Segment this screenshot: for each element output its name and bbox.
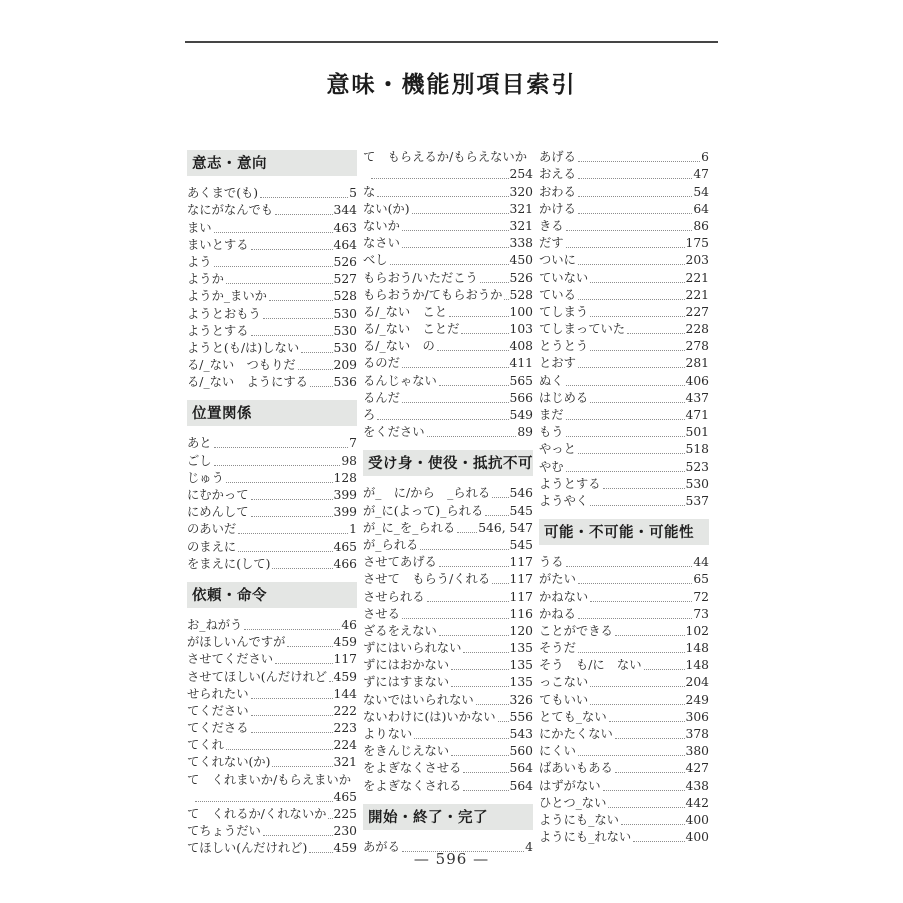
- dot-leader: [238, 551, 332, 552]
- dot-leader: [275, 214, 332, 215]
- entry-page-number: 537: [686, 494, 709, 509]
- entry-page-number: 117: [510, 590, 533, 605]
- entry-term: ざるをえない: [363, 624, 437, 639]
- entry-term: もらおう/いただこう: [363, 271, 478, 286]
- dot-leader: [476, 704, 509, 705]
- entry-term: てしまう: [539, 305, 588, 320]
- dot-leader: [578, 755, 685, 756]
- entry-term: が_に(よって)_られる: [363, 504, 483, 519]
- entry-page-number: 321: [510, 202, 533, 217]
- entry-term: ばあいもある: [539, 761, 613, 776]
- entry-term: とうとう: [539, 339, 588, 354]
- index-entry: ずにはすまない135: [363, 673, 533, 690]
- entry-page-number: 209: [334, 358, 357, 373]
- dot-leader: [461, 333, 508, 334]
- index-entry: のあいだ1: [187, 520, 357, 537]
- entry-page-number: 545: [510, 504, 533, 519]
- section-header: 依頼・命令: [187, 582, 357, 608]
- index-entry: ないわけに(は)いかない556: [363, 708, 533, 725]
- entry-term: だす: [539, 236, 564, 251]
- entry-term: るのだ: [363, 356, 400, 371]
- dot-leader: [578, 213, 692, 214]
- entry-term: てください: [187, 704, 249, 719]
- entry-term: あと: [187, 436, 212, 451]
- entry-page-number: 464: [334, 238, 357, 253]
- index-entry: ついに203: [539, 251, 709, 268]
- index-entry: ようと(も/は)しない530: [187, 339, 357, 356]
- entry-page-number: 7: [349, 436, 357, 451]
- index-entry: とうとう278: [539, 337, 709, 354]
- entry-term: なさい: [363, 236, 400, 251]
- entry-page-number: 459: [334, 635, 357, 650]
- entry-page-number: 64: [693, 202, 709, 217]
- entry-term: ずにはいられない: [363, 641, 461, 656]
- entry-term: な: [363, 185, 375, 200]
- entry-page-number: 306: [686, 710, 709, 725]
- entry-term: よりない: [363, 727, 412, 742]
- entry-term: てくれ: [187, 738, 224, 753]
- entry-page-number: 530: [334, 341, 357, 356]
- entry-term: がほしいんですが: [187, 635, 285, 650]
- index-entry: よりない543: [363, 725, 533, 742]
- entry-page-number: 321: [510, 219, 533, 234]
- entry-page-number: 102: [686, 624, 709, 639]
- dot-leader: [251, 335, 333, 336]
- dot-leader: [226, 283, 333, 284]
- index-entry: きる86: [539, 217, 709, 234]
- dot-leader: [260, 197, 348, 198]
- dot-leader: [566, 385, 685, 386]
- entry-page-number: 135: [510, 658, 533, 673]
- entry-page-number: 135: [510, 675, 533, 690]
- entry-term: あげる: [539, 150, 576, 165]
- dot-leader: [287, 646, 332, 647]
- dot-leader: [238, 533, 348, 534]
- entry-term: させてほしい(んだけれど): [187, 670, 327, 685]
- index-entry: させて もらう/くれる117: [363, 570, 533, 587]
- index-entry: るんだ566: [363, 389, 533, 406]
- dot-leader: [480, 282, 509, 283]
- entry-page-number: 437: [686, 391, 709, 406]
- page-title: 意味・機能別項目索引: [185, 66, 718, 99]
- section-header: 可能・不可能・可能性: [539, 519, 709, 545]
- entry-page-number: 148: [686, 658, 709, 673]
- entry-page-number: 406: [686, 374, 709, 389]
- index-entry: をよぎなくされる564: [363, 776, 533, 793]
- entry-term: かねる: [539, 607, 576, 622]
- entry-page-number: 254: [510, 167, 533, 182]
- index-entry: べし450: [363, 251, 533, 268]
- entry-page-number: 1: [349, 522, 357, 537]
- dot-leader: [492, 497, 508, 498]
- entry-page-number: 380: [686, 744, 709, 759]
- dot-leader: [328, 818, 332, 819]
- index-entry: ばあいもある427: [539, 759, 709, 776]
- entry-term: べし: [363, 253, 388, 268]
- dot-leader: [427, 601, 509, 602]
- index-entry: かねる73: [539, 605, 709, 622]
- entry-term: にむかって: [187, 488, 249, 503]
- dot-leader: [615, 635, 685, 636]
- entry-page-number: 526: [334, 255, 357, 270]
- entry-page-number: 560: [510, 744, 533, 759]
- index-entry: ようとおもう530: [187, 304, 357, 321]
- entry-term: させてください: [187, 652, 273, 667]
- dot-leader: [214, 465, 341, 466]
- index-entry: てもいい249: [539, 690, 709, 707]
- index-entry: あげる6: [539, 148, 709, 165]
- dot-leader: [214, 266, 333, 267]
- entry-page-number: 530: [334, 324, 357, 339]
- dot-leader: [608, 807, 684, 808]
- index-entry: ようとする530: [187, 322, 357, 339]
- dot-leader: [498, 721, 509, 722]
- entry-term: まいとする: [187, 238, 249, 253]
- entry-page-number: 128: [334, 471, 357, 486]
- section-header: 位置関係: [187, 400, 357, 426]
- entry-page-number: 72: [693, 590, 709, 605]
- entry-term: お_ねがう: [187, 618, 242, 633]
- entry-term: もう: [539, 425, 564, 440]
- dot-leader: [251, 516, 333, 517]
- entry-term: てしまっていた: [539, 322, 625, 337]
- entry-term: とても_ない: [539, 710, 607, 725]
- entry-term: とおす: [539, 356, 576, 371]
- index-entry: てくれ224: [187, 736, 357, 753]
- entry-term: ている: [539, 288, 576, 303]
- dot-leader: [603, 488, 685, 489]
- index-entry: ひとつ_ない442: [539, 794, 709, 811]
- entry-page-number: 546, 547: [478, 521, 533, 536]
- index-column-2: て もらえるか/もらえないか254な320ない(か)321ないか321なさい33…: [363, 148, 533, 856]
- dot-leader: [627, 333, 684, 334]
- entry-page-number: 117: [510, 555, 533, 570]
- entry-page-number: 543: [510, 727, 533, 742]
- index-entry: な320: [363, 182, 533, 199]
- dot-leader: [251, 715, 333, 716]
- index-entry-continuation: 465: [187, 788, 357, 805]
- entry-page-number: 228: [686, 322, 709, 337]
- entry-page-number: 549: [510, 408, 533, 423]
- entry-page-number: 344: [334, 203, 357, 218]
- entry-term: ようか: [187, 272, 224, 287]
- entry-term: が_ に/から _られる: [363, 486, 490, 501]
- index-entry: させてあげる117: [363, 553, 533, 570]
- entry-page-number: 566: [510, 391, 533, 406]
- dot-leader: [251, 499, 333, 500]
- entry-term: てちょうだい: [187, 824, 261, 839]
- entry-term: はじめる: [539, 391, 588, 406]
- top-rule: [185, 41, 718, 43]
- entry-term: きる: [539, 219, 564, 234]
- dot-leader: [615, 738, 685, 739]
- index-entry: させられる117: [363, 587, 533, 604]
- index-entry: ようとする530: [539, 475, 709, 492]
- entry-term: ようやく: [539, 494, 588, 509]
- index-entry: やむ523: [539, 457, 709, 474]
- index-entry: まだ471: [539, 406, 709, 423]
- entry-page-number: 564: [510, 779, 533, 794]
- entry-term: まだ: [539, 408, 564, 423]
- dot-leader: [590, 704, 684, 705]
- entry-term: ごし: [187, 454, 212, 469]
- entry-page-number: 545: [510, 538, 533, 553]
- entry-term: て くれるか/くれないか: [187, 807, 326, 822]
- index-entry: のまえに465: [187, 537, 357, 554]
- dot-leader: [590, 316, 684, 317]
- entry-term: るんじゃない: [363, 374, 437, 389]
- entry-term: おえる: [539, 167, 576, 182]
- entry-term: させてあげる: [363, 555, 437, 570]
- entry-term: もらおうか/てもらおうか: [363, 288, 502, 303]
- index-entry: させてほしい(んだけれど)459: [187, 667, 357, 684]
- entry-page-number: 338: [510, 236, 533, 251]
- entry-term: るんだ: [363, 391, 400, 406]
- entry-page-number: 222: [334, 704, 357, 719]
- dot-leader: [414, 738, 508, 739]
- dot-leader: [226, 482, 333, 483]
- dot-leader: [402, 618, 509, 619]
- dot-leader: [578, 161, 700, 162]
- dot-leader: [377, 419, 508, 420]
- index-entry: よう526: [187, 253, 357, 270]
- dot-leader: [390, 264, 509, 265]
- dot-leader: [251, 249, 333, 250]
- entry-term: にくい: [539, 744, 576, 759]
- entry-page-number: 536: [334, 375, 357, 390]
- entry-term: ないわけに(は)いかない: [363, 710, 496, 725]
- entry-page-number: 116: [510, 607, 533, 622]
- entry-term: て くれまいか/もらえまいか: [187, 773, 351, 788]
- index-entry: おわる54: [539, 182, 709, 199]
- index-column-3: あげる6おえる47おわる54かける64きる86だす175ついに203ていない22…: [539, 148, 709, 856]
- entry-page-number: 278: [686, 339, 709, 354]
- dot-leader: [449, 316, 508, 317]
- dot-leader: [633, 841, 684, 842]
- index-entry: はじめる437: [539, 389, 709, 406]
- entry-page-number: 465: [334, 790, 357, 805]
- index-columns: 意志・意向あくまで(も)5なにがなんでも344まい463まいとする464よう52…: [187, 148, 709, 856]
- index-entry: まい463: [187, 218, 357, 235]
- dot-leader: [603, 790, 685, 791]
- entry-page-number: 227: [686, 305, 709, 320]
- entry-page-number: 463: [334, 221, 357, 236]
- index-entry: ずにはおかない135: [363, 656, 533, 673]
- dot-leader: [195, 801, 333, 802]
- dot-leader: [578, 367, 685, 368]
- index-entry: じゅう128: [187, 469, 357, 486]
- entry-term: ようにも_ない: [539, 813, 619, 828]
- entry-page-number: 450: [510, 253, 533, 268]
- dot-leader: [590, 402, 684, 403]
- dot-leader: [615, 772, 685, 773]
- dot-leader: [263, 835, 333, 836]
- entry-term: をよぎなくされる: [363, 779, 461, 794]
- index-entry: にめんして399: [187, 503, 357, 520]
- index-entry: させてください117: [187, 650, 357, 667]
- section-header: 受け身・使役・抵抗不可: [363, 450, 533, 476]
- entry-page-number: 556: [510, 710, 533, 725]
- dot-leader: [214, 232, 333, 233]
- entry-page-number: 546: [510, 486, 533, 501]
- entry-term: そうだ: [539, 641, 576, 656]
- index-entry: そうだ148: [539, 639, 709, 656]
- index-entry: そう も/に ない148: [539, 656, 709, 673]
- entry-page-number: 148: [686, 641, 709, 656]
- entry-term: てくださる: [187, 721, 249, 736]
- index-entry: にかたくない378: [539, 725, 709, 742]
- index-entry: っこない204: [539, 673, 709, 690]
- entry-page-number: 321: [334, 755, 357, 770]
- index-entry: せられたい144: [187, 685, 357, 702]
- dot-leader: [566, 230, 693, 231]
- index-entry: て くれるか/くれないか225: [187, 805, 357, 822]
- entry-term: にめんして: [187, 505, 249, 520]
- entry-page-number: 230: [334, 824, 357, 839]
- entry-page-number: 411: [510, 356, 533, 371]
- entry-term: させられる: [363, 590, 425, 605]
- entry-term: をください: [363, 425, 425, 440]
- entry-page-number: 408: [510, 339, 533, 354]
- entry-term: せられたい: [187, 687, 249, 702]
- index-entry: がほしいんですが459: [187, 633, 357, 650]
- index-entry: て くれまいか/もらえまいか: [187, 770, 357, 787]
- index-entry: が_ に/から _られる546: [363, 484, 533, 501]
- index-entry: ようか527: [187, 270, 357, 287]
- entry-term: をきんじえない: [363, 744, 449, 759]
- entry-term: て もらえるか/もらえないか: [363, 150, 527, 165]
- entry-page-number: 400: [686, 830, 709, 845]
- index-entry: もらおうか/てもらおうか528: [363, 286, 533, 303]
- entry-term: おわる: [539, 185, 576, 200]
- entry-page-number: 117: [334, 652, 357, 667]
- entry-term: てくれない(か): [187, 755, 270, 770]
- entry-page-number: 399: [334, 505, 357, 520]
- dot-leader: [298, 369, 333, 370]
- dot-leader: [644, 669, 685, 670]
- index-entry: ようか_まいか528: [187, 287, 357, 304]
- index-entry: あと7: [187, 434, 357, 451]
- entry-term: ひとつ_ない: [539, 796, 606, 811]
- entry-term: かねない: [539, 590, 588, 605]
- index-entry: てちょうだい230: [187, 822, 357, 839]
- dot-leader: [420, 549, 508, 550]
- page-number: — 596 —: [0, 850, 903, 868]
- index-entry: る/_ない ようにする536: [187, 373, 357, 390]
- dot-leader: [371, 178, 509, 179]
- dot-leader: [578, 299, 685, 300]
- entry-term: よう: [187, 255, 212, 270]
- entry-term: のまえに: [187, 540, 236, 555]
- index-entry: てしまう227: [539, 303, 709, 320]
- index-entry: はずがない438: [539, 776, 709, 793]
- dot-leader: [226, 749, 333, 750]
- entry-term: あくまで(も): [187, 186, 258, 201]
- index-entry: もう501: [539, 423, 709, 440]
- entry-page-number: 98: [341, 454, 357, 469]
- index-entry: かける64: [539, 200, 709, 217]
- dot-leader: [566, 436, 685, 437]
- dot-leader: [451, 686, 508, 687]
- dot-leader: [402, 367, 509, 368]
- entry-page-number: 564: [510, 761, 533, 776]
- dot-leader: [263, 318, 333, 319]
- index-entry: にくい380: [539, 742, 709, 759]
- index-entry: をよぎなくさせる564: [363, 759, 533, 776]
- index-entry: るんじゃない565: [363, 371, 533, 388]
- index-entry: にむかって399: [187, 486, 357, 503]
- entry-page-number: 86: [693, 219, 709, 234]
- entry-page-number: 225: [334, 807, 357, 822]
- dot-leader: [621, 824, 685, 825]
- entry-page-number: 528: [510, 288, 533, 303]
- index-entry: ようにも_ない400: [539, 811, 709, 828]
- entry-page-number: 73: [693, 607, 709, 622]
- entry-page-number: 144: [334, 687, 357, 702]
- entry-term: なにがなんでも: [187, 203, 273, 218]
- dot-leader: [578, 453, 685, 454]
- dot-leader: [412, 213, 509, 214]
- entry-term: が_られる: [363, 538, 418, 553]
- dot-leader: [275, 663, 332, 664]
- index-entry: うる44: [539, 553, 709, 570]
- index-entry: やっと518: [539, 440, 709, 457]
- entry-term: ぬく: [539, 374, 564, 389]
- index-entry: ていない221: [539, 268, 709, 285]
- entry-page-number: 281: [686, 356, 709, 371]
- entry-page-number: 565: [510, 374, 533, 389]
- entry-page-number: 203: [686, 253, 709, 268]
- index-entry: ようにも_れない400: [539, 828, 709, 845]
- dot-leader: [272, 568, 332, 569]
- entry-term: る/_ない の: [363, 339, 435, 354]
- entry-term: ないか: [363, 219, 400, 234]
- entry-page-number: 399: [334, 488, 357, 503]
- entry-page-number: 459: [334, 670, 357, 685]
- dot-leader: [578, 652, 685, 653]
- dot-leader: [439, 385, 509, 386]
- index-entry: がたい65: [539, 570, 709, 587]
- entry-term: うる: [539, 555, 564, 570]
- entry-term: じゅう: [187, 471, 224, 486]
- dot-leader: [504, 299, 508, 300]
- entry-page-number: 518: [686, 442, 709, 457]
- entry-term: ていない: [539, 271, 588, 286]
- entry-term: まい: [187, 221, 212, 236]
- index-entry: る/_ない つもりだ209: [187, 356, 357, 373]
- index-entry: ようやく537: [539, 492, 709, 509]
- index-entry: てくれない(か)321: [187, 753, 357, 770]
- index-entry: おえる47: [539, 165, 709, 182]
- entry-term: かける: [539, 202, 576, 217]
- entry-page-number: 100: [510, 305, 533, 320]
- entry-page-number: 224: [334, 738, 357, 753]
- dot-leader: [251, 698, 333, 699]
- entry-page-number: 249: [686, 693, 709, 708]
- dot-leader: [301, 352, 332, 353]
- dot-leader: [451, 669, 508, 670]
- entry-term: る/_ない ようにする: [187, 375, 308, 390]
- index-entry: ずにはいられない135: [363, 639, 533, 656]
- dot-leader: [244, 629, 340, 630]
- entry-page-number: 530: [686, 477, 709, 492]
- index-entry: ごし98: [187, 451, 357, 468]
- entry-page-number: 471: [686, 408, 709, 423]
- index-entry: をきんじえない560: [363, 742, 533, 759]
- entry-page-number: 427: [686, 761, 709, 776]
- entry-term: ろ: [363, 408, 375, 423]
- dot-leader: [439, 635, 509, 636]
